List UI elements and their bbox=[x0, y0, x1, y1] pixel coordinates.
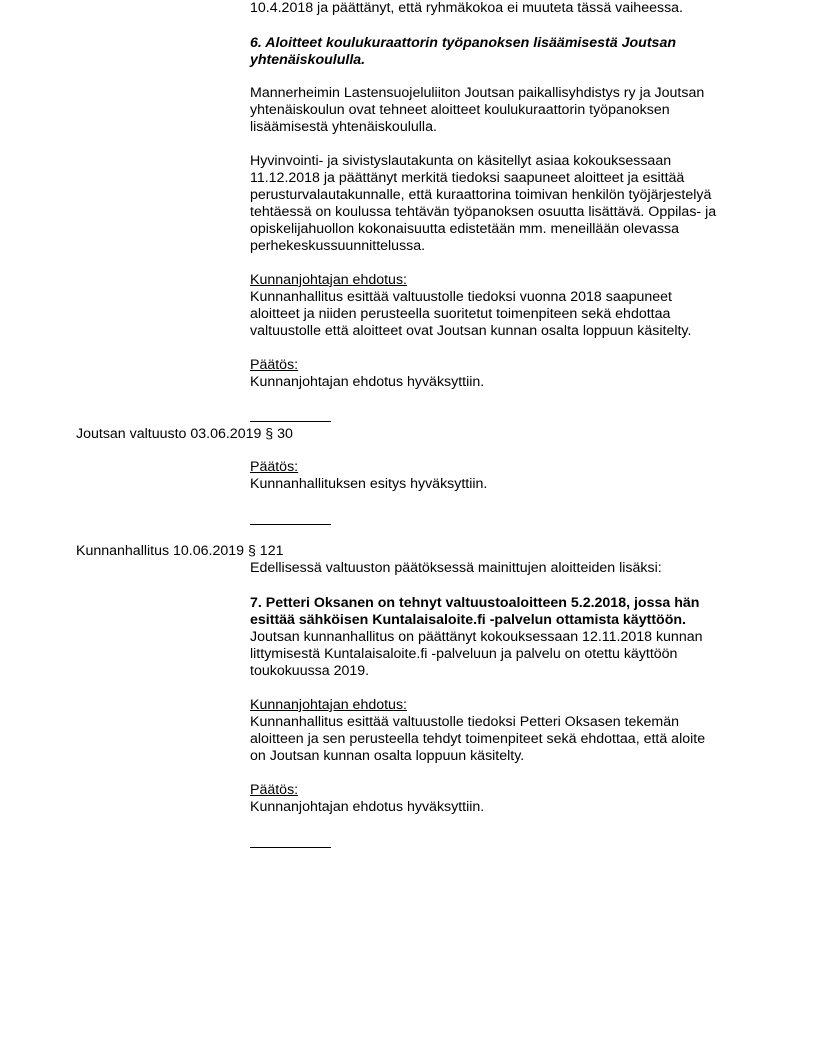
board-intro: Edellisessä valtuuston päätöksessä maini… bbox=[250, 560, 750, 577]
text-line: lisäämisestä yhtenäiskoululla. bbox=[250, 119, 750, 136]
text-line: perhekeskussuunnittelussa. bbox=[250, 238, 750, 255]
text-line: Kunnanhallitus esittää valtuustolle tied… bbox=[250, 714, 750, 731]
text-line: Hyvinvointi- ja sivistyslautakunta on kä… bbox=[250, 153, 750, 170]
text-line: Kunnanhallitus esittää valtuustolle tied… bbox=[250, 289, 750, 306]
text-line: aloitteen ja sen perusteella tehdyt toim… bbox=[250, 731, 750, 748]
proposal2: Kunnanjohtajan ehdotus: Kunnanhallitus e… bbox=[250, 697, 750, 765]
item6-para2: Hyvinvointi- ja sivistyslautakunta on kä… bbox=[250, 153, 750, 255]
board-meeting-label: Kunnanhallitus 10.06.2019 § 121 bbox=[76, 543, 283, 560]
item7-heading: 7. Petteri Oksanen on tehnyt valtuustoal… bbox=[250, 595, 750, 629]
separator-rule bbox=[250, 524, 331, 525]
item6-para1: Mannerheimin Lastensuojeluliiton Joutsan… bbox=[250, 85, 750, 136]
text-line: 11.12.2018 ja päättänyt merkitä tiedoksi… bbox=[250, 170, 750, 187]
text-line: yhtenäiskoulun ovat tehneet aloitteet ko… bbox=[250, 102, 750, 119]
text-line: toukokuussa 2019. bbox=[250, 663, 750, 680]
proposal-label: Kunnanjohtajan ehdotus: bbox=[250, 697, 750, 714]
text-line: opiskelijahuollon kokonaisuutta edistetä… bbox=[250, 221, 750, 238]
text-line: Mannerheimin Lastensuojeluliiton Joutsan… bbox=[250, 85, 750, 102]
proposal1: Kunnanjohtajan ehdotus: Kunnanhallitus e… bbox=[250, 272, 750, 340]
council-meeting-label: Joutsan valtuusto 03.06.2019 § 30 bbox=[76, 426, 293, 443]
item6-heading-line: yhtenäiskoululla. bbox=[250, 52, 750, 69]
text-line: on Joutsan kunnan osalta loppuun käsitel… bbox=[250, 748, 750, 765]
council-decision: Päätös: Kunnanhallituksen esitys hyväksy… bbox=[250, 459, 750, 493]
intro-line: 10.4.2018 ja päättänyt, että ryhmäkokoa … bbox=[250, 0, 750, 17]
item7-heading-line: esittää sähköisen Kuntalaisaloite.fi -pa… bbox=[250, 612, 750, 629]
text-line: perusturvalautakunnalle, että kuraattori… bbox=[250, 187, 750, 204]
item7-para: Joutsan kunnanhallitus on päättänyt koko… bbox=[250, 629, 750, 680]
item6-heading-line: 6. Aloitteet koulukuraattorin työpanokse… bbox=[250, 35, 750, 52]
decision-text: Kunnanjohtajan ehdotus hyväksyttiin. bbox=[250, 374, 750, 391]
separator-rule bbox=[250, 847, 331, 848]
text-line: Joutsan kunnanhallitus on päättänyt koko… bbox=[250, 629, 750, 646]
proposal-label: Kunnanjohtajan ehdotus: bbox=[250, 272, 750, 289]
text-line: valtuustolle että aloitteet ovat Joutsan… bbox=[250, 323, 750, 340]
text-line: littymisestä Kuntalaisaloite.fi -palvelu… bbox=[250, 646, 750, 663]
decision2: Päätös: Kunnanjohtajan ehdotus hyväksytt… bbox=[250, 782, 750, 816]
item7-heading-line: 7. Petteri Oksanen on tehnyt valtuustoal… bbox=[250, 595, 750, 612]
text-line: tehtäessä on koulussa tehtävän työpanoks… bbox=[250, 204, 750, 221]
decision-text: Kunnanhallituksen esitys hyväksyttiin. bbox=[250, 476, 750, 493]
decision-label: Päätös: bbox=[250, 782, 750, 799]
item6-heading: 6. Aloitteet koulukuraattorin työpanokse… bbox=[250, 35, 750, 69]
decision-text: Kunnanjohtajan ehdotus hyväksyttiin. bbox=[250, 799, 750, 816]
separator-rule bbox=[250, 421, 331, 422]
decision1: Päätös: Kunnanjohtajan ehdotus hyväksytt… bbox=[250, 357, 750, 391]
decision-label: Päätös: bbox=[250, 459, 750, 476]
text-line: aloitteet ja niiden perusteella suoritet… bbox=[250, 306, 750, 323]
decision-label: Päätös: bbox=[250, 357, 750, 374]
